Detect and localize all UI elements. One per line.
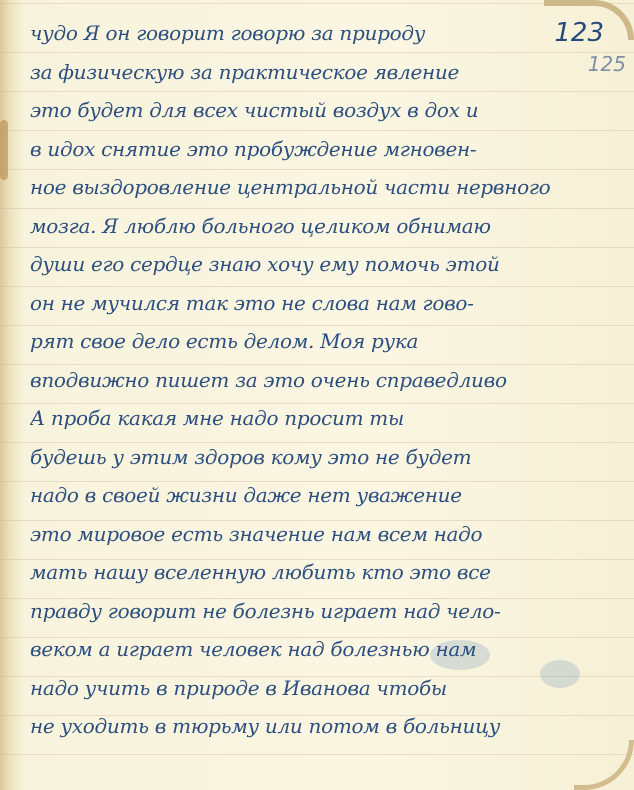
text-line: А проба какая мне надо просит ты bbox=[30, 399, 590, 438]
text-line: рят свое дело есть делом. Моя рука bbox=[30, 322, 590, 361]
handwritten-text: чудо Я он говорит говорю за природу за ф… bbox=[30, 14, 590, 746]
page-number-secondary: 125 bbox=[588, 52, 626, 76]
text-line: это будет для всех чистый воздух в дох и bbox=[30, 91, 590, 130]
text-line: надо учить в природе в Иванова чтобы bbox=[30, 669, 590, 708]
text-line: вподвижно пишет за это очень справедливо bbox=[30, 361, 590, 400]
text-line: за физическую за практическое явление bbox=[30, 53, 590, 92]
text-line: ное выздоровление центральной части нерв… bbox=[30, 168, 590, 207]
text-line: души его сердце знаю хочу ему помочь это… bbox=[30, 245, 590, 284]
text-line: это мировое есть значение нам всем надо bbox=[30, 515, 590, 554]
text-line: будешь у этим здоров кому это не будет bbox=[30, 438, 590, 477]
text-line: мозга. Я люблю больного целиком обнимаю bbox=[30, 207, 590, 246]
text-line: правду говорит не болезнь играет над чел… bbox=[30, 592, 590, 631]
text-line: надо в своей жизни даже нет уважение bbox=[30, 476, 590, 515]
text-line: веком а играет человек над болезнью нам bbox=[30, 630, 590, 669]
text-line: чудо Я он говорит говорю за природу bbox=[30, 14, 590, 53]
text-line: не уходить в тюрьму или потом в больницу bbox=[30, 707, 590, 746]
binding-stain bbox=[0, 120, 8, 180]
notebook-page: 123 125 чудо Я он говорит говорю за прир… bbox=[0, 0, 634, 790]
text-line: в идох снятие это пробуждение мгновен- bbox=[30, 130, 590, 169]
text-line: мать нашу вселенную любить кто это все bbox=[30, 553, 590, 592]
text-line: он не мучился так это не слова нам гово- bbox=[30, 284, 590, 323]
